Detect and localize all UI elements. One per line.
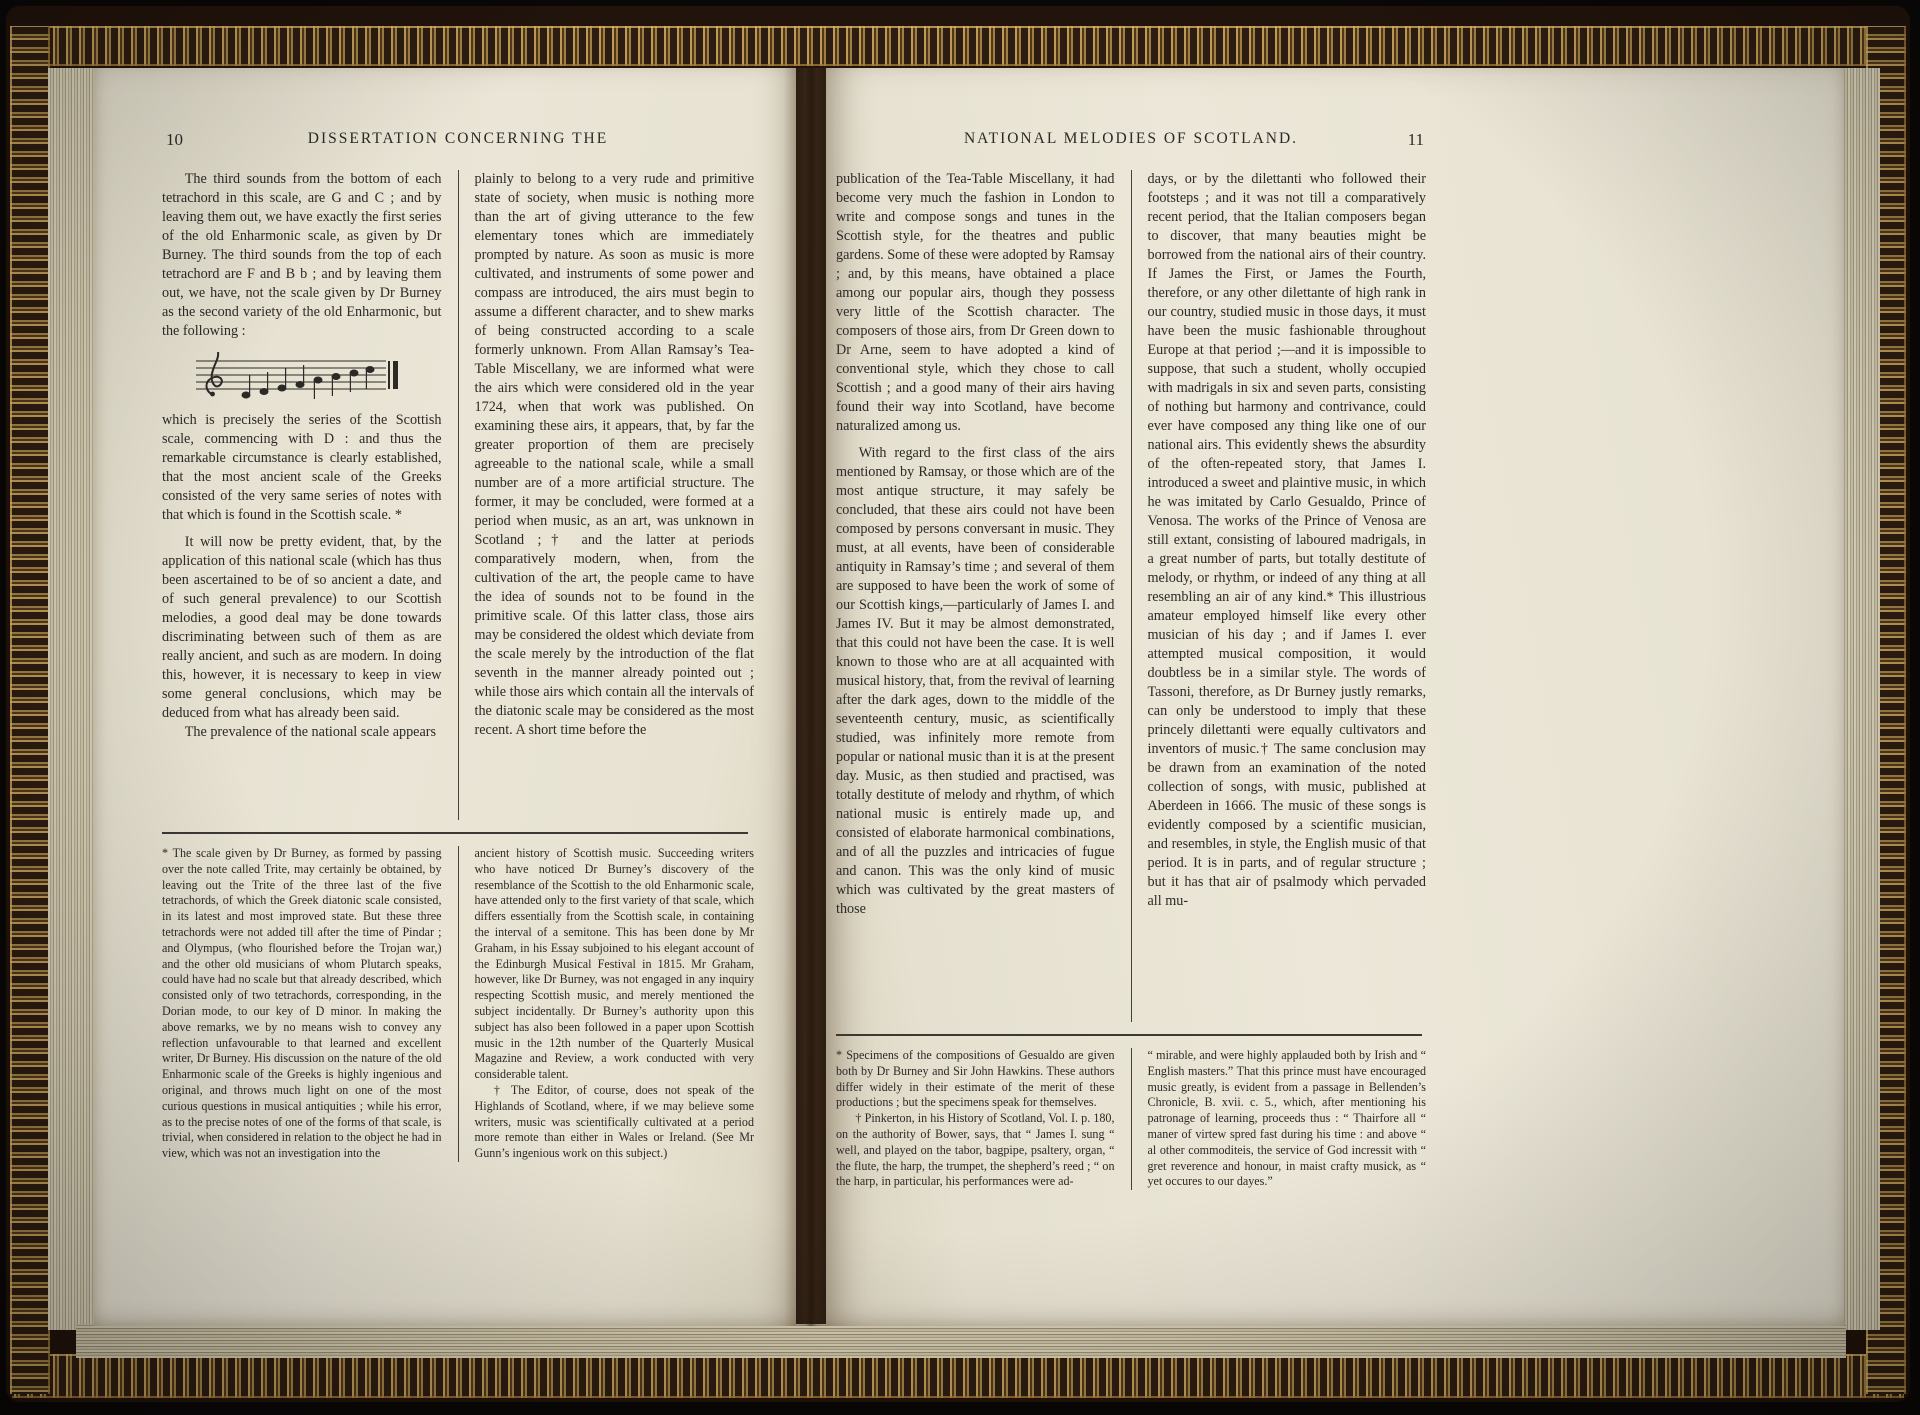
paragraph: plainly to belong to a very rude and pri… bbox=[475, 170, 755, 740]
page10-footnote-column-2: ancient history of Scottish music. Succe… bbox=[475, 846, 755, 1162]
running-title-right: NATIONAL MELODIES OF SCOTLAND. bbox=[836, 130, 1426, 148]
gold-tooling-left-band bbox=[10, 26, 50, 1394]
page11-column-2: days, or by the dilettanti who followed … bbox=[1148, 170, 1427, 1022]
paragraph: It will now be pretty evident, that, by … bbox=[162, 533, 442, 723]
page-number-11: 11 bbox=[1408, 130, 1424, 150]
page11-main-text: publication of the Tea-Table Miscellany,… bbox=[836, 170, 1426, 1022]
paragraph: The prevalence of the national scale app… bbox=[162, 723, 442, 742]
page-10: 10 DISSERTATION CONCERNING THE The third… bbox=[94, 68, 796, 1326]
page10-main-text: The third sounds from the bottom of each… bbox=[162, 170, 754, 820]
page11-footnotes: * Specimens of the compositions of Gesua… bbox=[836, 1048, 1426, 1190]
running-head-left: 10 DISSERTATION CONCERNING THE bbox=[162, 130, 754, 154]
gold-tooling-top-band bbox=[12, 26, 1904, 66]
column-divider-rule bbox=[458, 170, 459, 820]
footnote: * Specimens of the compositions of Gesua… bbox=[836, 1048, 1115, 1111]
paragraph: The third sounds from the bottom of each… bbox=[162, 170, 442, 341]
footnote: ancient history of Scottish music. Succe… bbox=[475, 846, 755, 1083]
paragraph: publication of the Tea-Table Miscellany,… bbox=[836, 170, 1115, 436]
footnote-column-divider-rule bbox=[458, 846, 459, 1162]
book-cover-leather: 10 DISSERTATION CONCERNING THE The third… bbox=[6, 6, 1910, 1402]
footnote: † The Editor, of course, does not speak … bbox=[475, 1083, 755, 1162]
page11-footnote-column-2: “ mirable, and were highly applauded bot… bbox=[1148, 1048, 1427, 1190]
paragraph: With regard to the first class of the ai… bbox=[836, 444, 1115, 919]
footnote: * The scale given by Dr Burney, as forme… bbox=[162, 846, 442, 1162]
paragraph: which is precisely the series of the Sco… bbox=[162, 411, 442, 525]
footnote-column-divider-rule bbox=[1131, 1048, 1132, 1190]
page-edges-right bbox=[1842, 68, 1880, 1330]
page-edges-bottom bbox=[76, 1324, 1846, 1358]
page10-column-1: The third sounds from the bottom of each… bbox=[162, 170, 442, 820]
gold-tooling-bottom-band bbox=[12, 1354, 1904, 1398]
page11-column-1: publication of the Tea-Table Miscellany,… bbox=[836, 170, 1115, 1022]
page11-footnote-column-1: * Specimens of the compositions of Gesua… bbox=[836, 1048, 1115, 1190]
page-edges-left bbox=[48, 68, 94, 1330]
footnote-rule bbox=[162, 832, 748, 834]
running-title-left: DISSERTATION CONCERNING THE bbox=[162, 130, 754, 148]
footnote: † Pinkerton, in his History of Scotland,… bbox=[836, 1111, 1115, 1190]
column-divider-rule bbox=[1131, 170, 1132, 1022]
footnote-rule bbox=[836, 1034, 1422, 1036]
open-book-photograph: 10 DISSERTATION CONCERNING THE The third… bbox=[0, 0, 1920, 1415]
music-staff-image bbox=[188, 349, 442, 405]
page10-column-2: plainly to belong to a very rude and pri… bbox=[475, 170, 755, 820]
page10-footnotes: * The scale given by Dr Burney, as forme… bbox=[162, 846, 754, 1162]
running-head-right: NATIONAL MELODIES OF SCOTLAND. 11 bbox=[836, 130, 1426, 154]
page-11: NATIONAL MELODIES OF SCOTLAND. 11 public… bbox=[826, 68, 1844, 1326]
paragraph: days, or by the dilettanti who followed … bbox=[1148, 170, 1427, 911]
page10-footnote-column-1: * The scale given by Dr Burney, as forme… bbox=[162, 846, 442, 1162]
footnote: “ mirable, and were highly applauded bot… bbox=[1148, 1048, 1427, 1190]
